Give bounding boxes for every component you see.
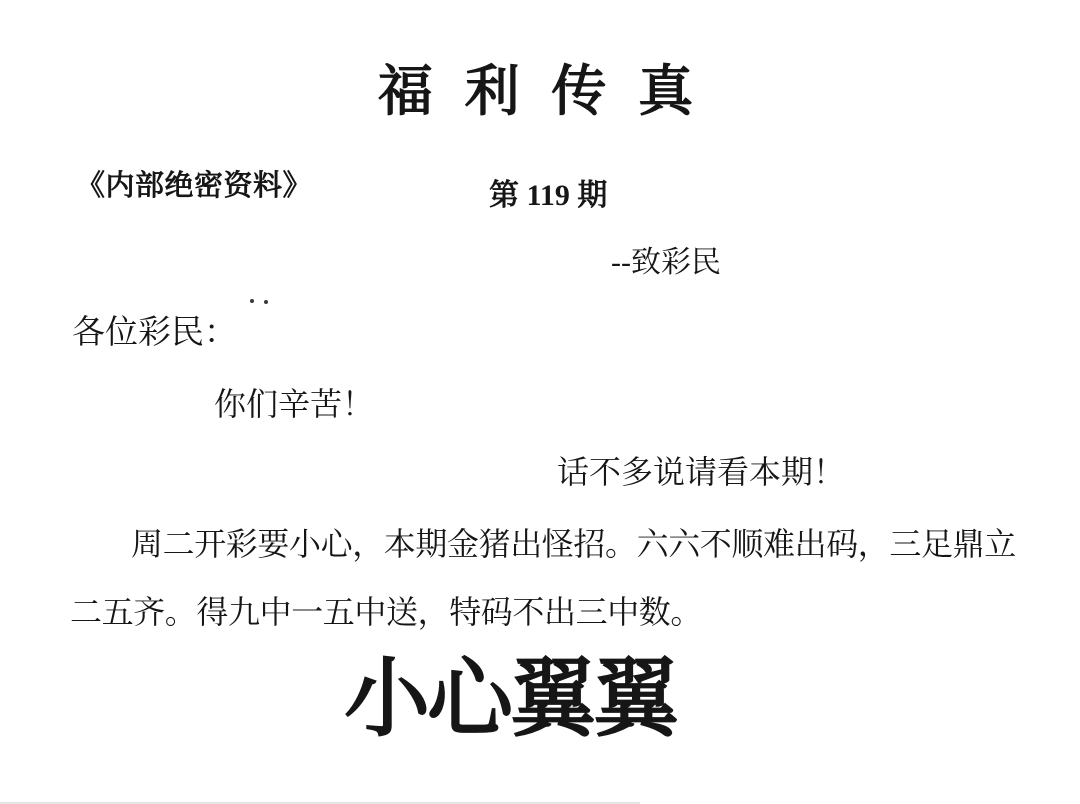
issue-number: 第 119 期 bbox=[489, 170, 607, 214]
scan-speck bbox=[250, 299, 254, 303]
lead-in-line: 话不多说请看本期！ bbox=[557, 447, 845, 493]
document-title: 福 利 传 真 bbox=[0, 60, 1080, 123]
fax-document-page: 福 利 传 真 《内部绝密资料》 第 119 期 --致彩民 各位彩民： 你们辛… bbox=[0, 0, 1080, 804]
greeting-line: 各位彩民： bbox=[72, 306, 237, 353]
source-label: 《内部绝密资料》 bbox=[76, 163, 312, 204]
dedication-line: --致彩民 bbox=[611, 237, 721, 281]
scan-speck bbox=[264, 300, 268, 304]
body-text-line-1: 周二开彩要小心，本期金猪出怪招。六六不顺难出码，三足鼎立 bbox=[131, 519, 1016, 565]
body-text-line-2: 二五齐。得九中一五中送，特码不出三中数。 bbox=[70, 587, 702, 633]
slogan-text: 小心翼翼 bbox=[344, 651, 676, 747]
opening-line: 你们辛苦！ bbox=[214, 379, 374, 425]
